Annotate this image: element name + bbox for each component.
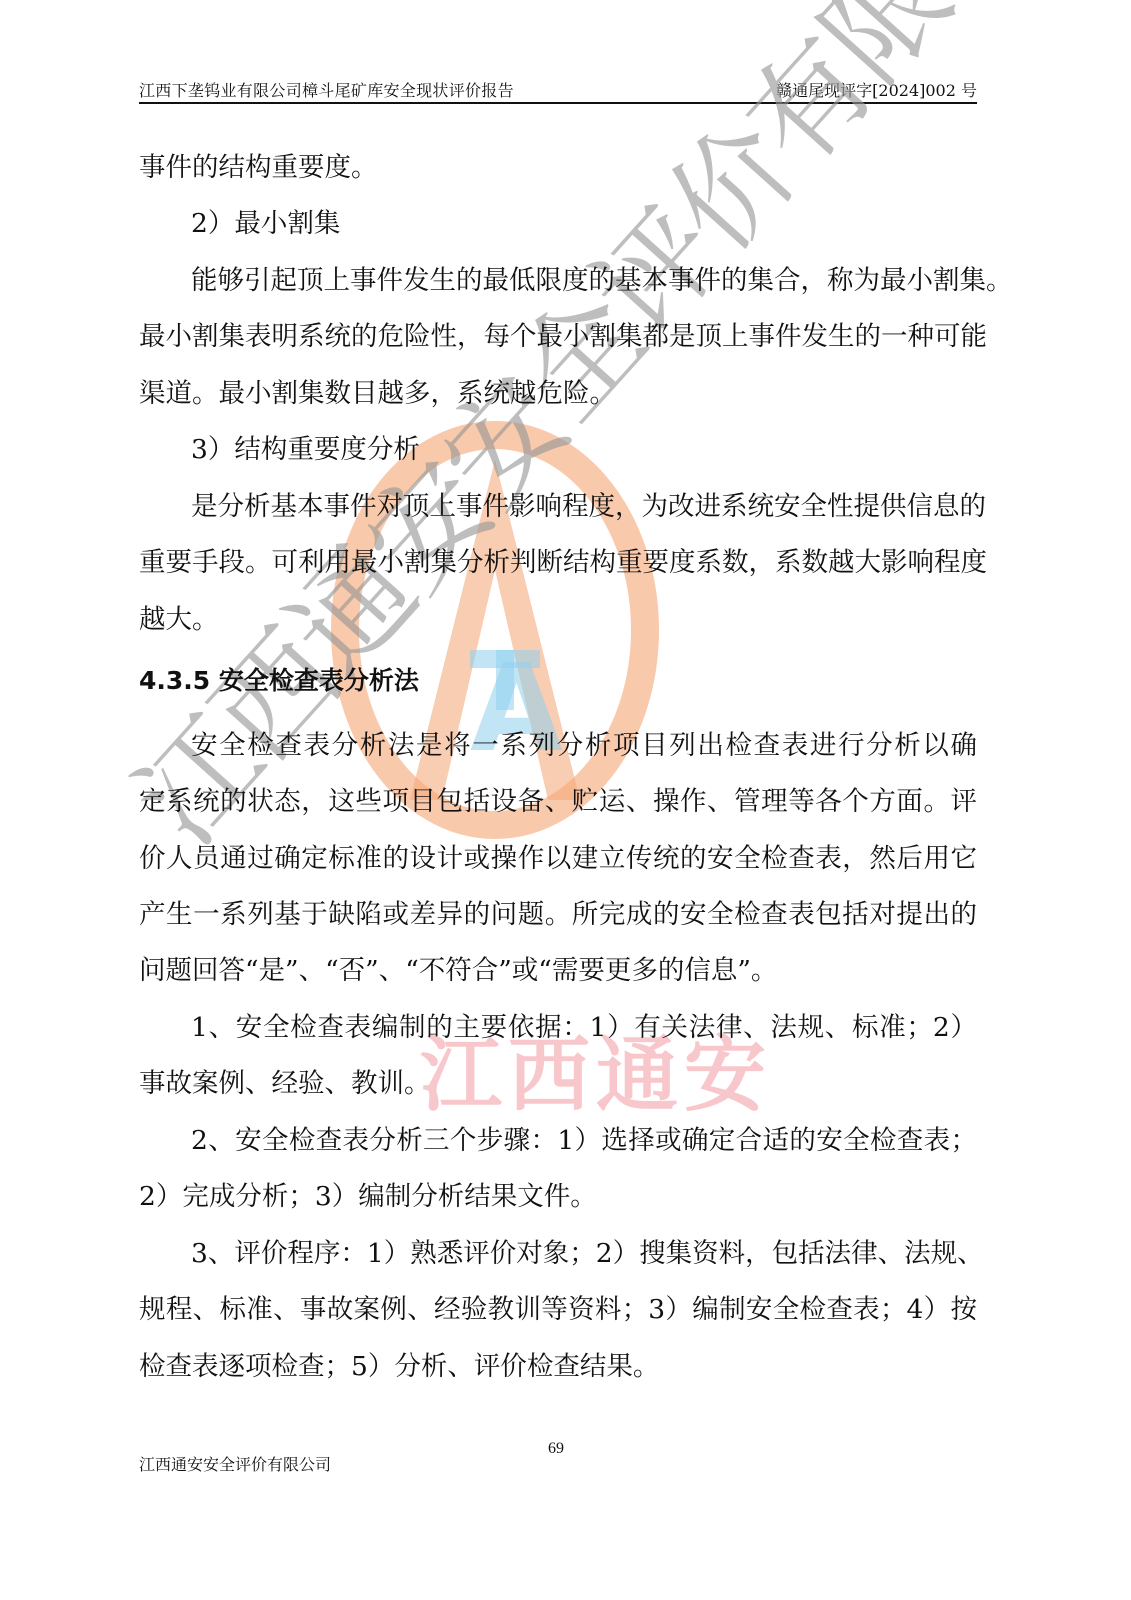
paragraph-line: 事故案例、经验、教训。 [139, 1056, 431, 1112]
section-heading-4-3-5: 4.3.5 安全检查表分析法 [139, 653, 419, 709]
paragraph-line: 安全检查表分析法是将一系列分析项目列出检查表进行分析以确 [191, 718, 977, 774]
subheading-min-cut-set: 2）最小割集 [191, 196, 340, 252]
paragraph-line: 问题回答“是”、“否”、“不符合”或“需要更多的信息”。 [139, 943, 777, 999]
list-item-3: 3、评价程序：1）熟悉评价对象；2）搜集资料，包括法律、法规、 [191, 1226, 977, 1282]
paragraph-line: 规程、标准、事故案例、经验教训等资料；3）编制安全检查表；4）按 [139, 1282, 977, 1338]
paragraph-line: 最小割集表明系统的危险性，每个最小割集都是顶上事件发生的一种可能 [139, 309, 977, 365]
page-number: 69 [548, 1440, 564, 1458]
header-rule [139, 102, 977, 104]
footer-company: 江西通安安全评价有限公司 [139, 1452, 331, 1475]
paragraph-line: 定系统的状态，这些项目包括设备、贮运、操作、管理等各个方面。评 [139, 774, 977, 830]
list-item-2: 2、安全检查表分析三个步骤：1）选择或确定合适的安全检查表； [191, 1113, 977, 1169]
paragraph-line: 事件的结构重要度。 [139, 140, 378, 196]
paragraph-line: 检查表逐项检查；5）分析、评价检查结果。 [139, 1339, 659, 1395]
list-item-1: 1、安全检查表编制的主要依据：1）有关法律、法规、标准；2） [191, 1000, 977, 1056]
paragraph-line: 价人员通过确定标准的设计或操作以建立传统的安全检查表，然后用它 [139, 831, 977, 887]
paragraph-line: 渠道。最小割集数目越多，系统越危险。 [139, 366, 616, 422]
subheading-structure-importance: 3）结构重要度分析 [191, 422, 420, 478]
page-header: 江西下垄钨业有限公司樟斗尾矿库安全现状评价报告 赣通尾现评字[2024]002 … [139, 76, 977, 102]
paragraph-line: 能够引起顶上事件发生的最低限度的基本事件的集合，称为最小割集。 [191, 253, 977, 309]
document-page: 江西下垄钨业有限公司樟斗尾矿库安全现状评价报告 赣通尾现评字[2024]002 … [0, 0, 1131, 1600]
paragraph-line: 是分析基本事件对顶上事件影响程度，为改进系统安全性提供信息的 [191, 479, 977, 535]
document-number: 赣通尾现评字[2024]002 号 [776, 78, 977, 101]
paragraph-line: 产生一系列基于缺陷或差异的问题。所完成的安全检查表包括对提出的 [139, 887, 977, 943]
paragraph-line: 2）完成分析；3）编制分析结果文件。 [139, 1169, 597, 1225]
paragraph-line: 越大。 [139, 592, 219, 648]
paragraph-line: 重要手段。可利用最小割集分析判断结构重要度系数，系数越大影响程度 [139, 535, 977, 591]
report-title: 江西下垄钨业有限公司樟斗尾矿库安全现状评价报告 [139, 78, 514, 101]
